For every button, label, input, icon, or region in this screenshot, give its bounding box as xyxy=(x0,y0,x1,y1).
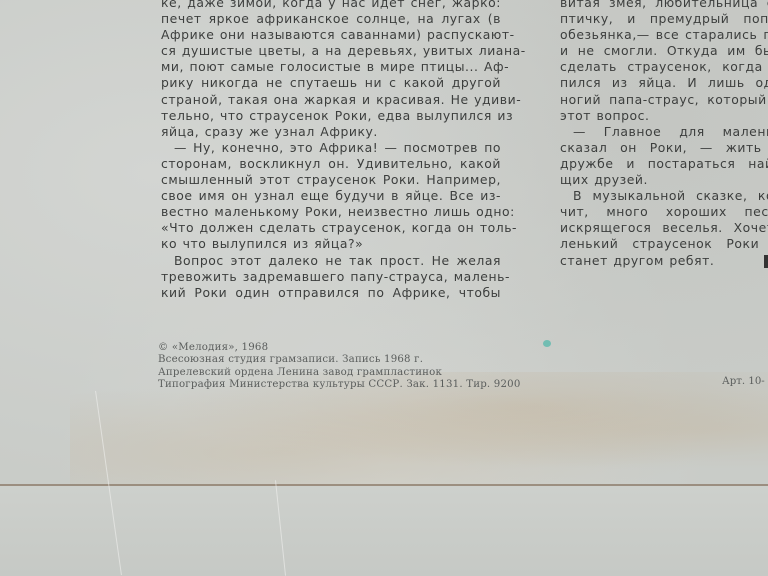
text-line: пился из яйца. И лишь один xyxy=(560,75,768,91)
text-line: — Главное для маленько xyxy=(560,124,768,140)
text-line: дружбе и постараться найти xyxy=(560,156,768,172)
text-line: ся душистые цветы, а на деревьях, увитых… xyxy=(161,43,501,59)
text-line: искрящегося веселья. Хочется xyxy=(560,220,768,236)
text-line: витая змея, любительница ску xyxy=(560,0,768,11)
text-line: рику никогда не спутаешь ни с какой друг… xyxy=(161,75,501,91)
text-line: ко что вылупился из яйца?» xyxy=(161,236,501,252)
text-line: смышленный этот страусенок Роки. Наприме… xyxy=(161,172,501,188)
text-line: сторонам, воскликнул он. Удивительно, ка… xyxy=(161,156,501,172)
imprint-studio: Всесоюзная студия грамзаписи. Запись 196… xyxy=(158,354,521,366)
text-line: яйца, сразу же узнал Африку. xyxy=(161,124,501,140)
text-line: тревожить задремавшего папу-страуса, мал… xyxy=(161,269,501,285)
text-line: и не смогли. Откуда им было xyxy=(560,43,768,59)
text-line: «Что должен сделать страусенок, когда он… xyxy=(161,220,501,236)
text-column-right: витая змея, любительница скуптичку, и пр… xyxy=(560,0,768,269)
text-line: этот вопрос. xyxy=(560,108,768,124)
publisher-imprint: © «Мелодия», 1968 Всесоюзная студия грам… xyxy=(158,342,521,392)
text-line: Вопрос этот далеко не так прост. Не жела… xyxy=(161,253,501,269)
text-line: ке, даже зимой, когда у нас идет снег, ж… xyxy=(161,0,501,11)
text-line: тельно, что страусенок Роки, едва вылупи… xyxy=(161,108,501,124)
imprint-factory: Апрелевский ордена Ленина завод грамплас… xyxy=(158,367,521,379)
text-line: Африке они называются саваннами) распуск… xyxy=(161,27,501,43)
text-line: печет яркое африканское солнце, на лугах… xyxy=(161,11,501,27)
text-line: обезьянка,— все старались пом xyxy=(560,27,768,43)
text-line: свое имя он узнал еще будучи в яйце. Все… xyxy=(161,188,501,204)
imprint-printing: Типография Министерства культуры СССР. З… xyxy=(158,379,521,391)
imprint-copyright: © «Мелодия», 1968 xyxy=(158,342,521,354)
text-line: ленький страусенок Роки по xyxy=(560,236,768,252)
text-line: — Ну, конечно, это Африка! — посмотрев п… xyxy=(161,140,501,156)
text-line: ми, поют самые голосистые в мире птицы..… xyxy=(161,59,501,75)
text-line: щих друзей. xyxy=(560,172,768,188)
text-line: страной, такая она жаркая и красивая. Не… xyxy=(161,92,501,108)
ink-speck xyxy=(543,340,551,347)
text-line: станет другом ребят. xyxy=(560,253,768,269)
text-line: В музыкальной сказке, кото xyxy=(560,188,768,204)
text-line: вестно маленькому Роки, неизвестно лишь … xyxy=(161,204,501,220)
text-line: чит, много хороших песен, xyxy=(560,204,768,220)
text-line: сделать страусенок, когда он xyxy=(560,59,768,75)
text-line: птичку, и премудрый попка- xyxy=(560,11,768,27)
text-line: ногий папа-страус, который вс xyxy=(560,92,768,108)
sleeve-fold-edge xyxy=(0,484,768,486)
text-column-left: ке, даже зимой, когда у нас идет снег, ж… xyxy=(161,0,501,301)
text-line: сказал он Роки, — жить со xyxy=(560,140,768,156)
article-number: Арт. 10- xyxy=(722,376,765,387)
text-line: кий Роки один отправился по Африке, чтоб… xyxy=(161,285,501,301)
